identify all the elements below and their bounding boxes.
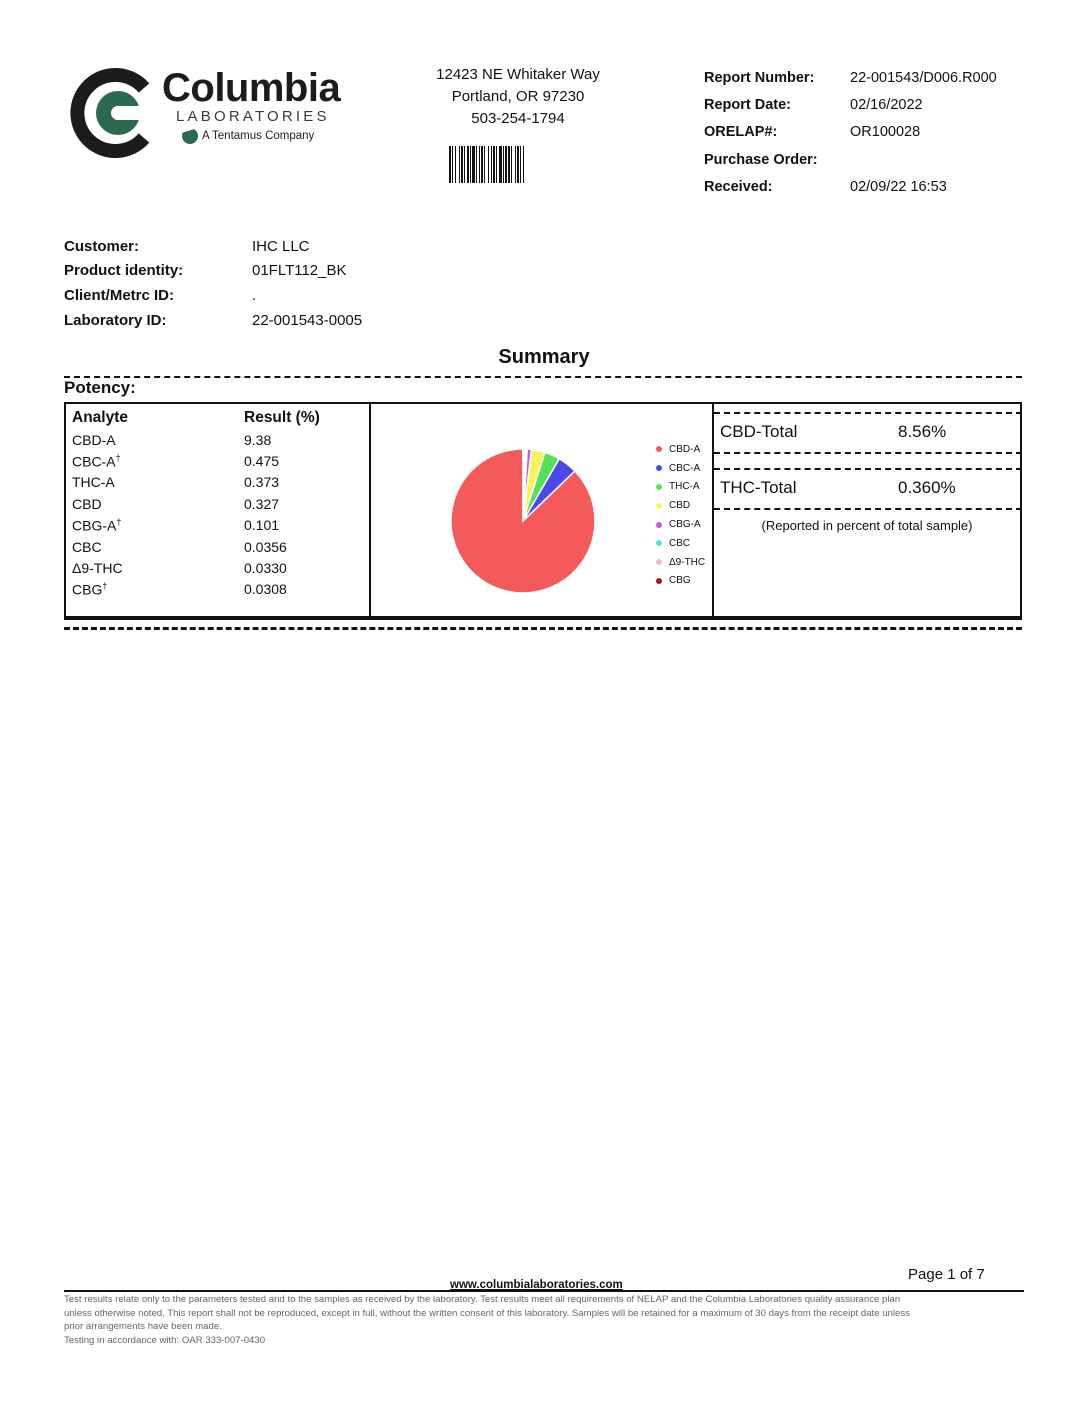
- table-row: CBD0.327: [72, 493, 362, 514]
- chart-legend: CBD-ACBC-ATHC-ACBDCBG-ACBCΔ9-THCCBG: [656, 440, 705, 590]
- legend-label: CBD-A: [669, 444, 700, 455]
- customer-label: Product identity:: [64, 262, 252, 279]
- analyte-name: CBD-A: [72, 432, 244, 448]
- meta-label: Received:: [704, 179, 850, 195]
- meta-row: Purchase Order:: [704, 146, 1034, 173]
- lab-tagline: A Tentamus Company: [182, 128, 314, 144]
- cbd-total-row: CBD-Total 8.56%: [720, 422, 1020, 442]
- summary-title: Summary: [0, 346, 1088, 369]
- legend-item: CBC: [656, 534, 705, 553]
- tentamus-icon: [182, 128, 198, 144]
- legend-item: CBC-A: [656, 459, 705, 478]
- customer-value: 22-001543-0005: [252, 312, 362, 329]
- legend-dot-icon: [656, 578, 662, 584]
- header-analyte: Analyte: [72, 409, 244, 427]
- legend-item: THC-A: [656, 478, 705, 497]
- address-line-2: Portland, OR 97230: [420, 86, 616, 108]
- disclaimer-line: unless otherwise noted. This report shal…: [64, 1307, 1024, 1321]
- legend-dot-icon: [656, 446, 662, 452]
- meta-row: Report Date:02/16/2022: [704, 91, 1034, 118]
- disclaimer-line: prior arrangements have been made.: [64, 1320, 1024, 1334]
- analyte-name: CBG-A†: [72, 517, 244, 534]
- customer-row: Customer:IHC LLC: [64, 234, 464, 259]
- cbd-total-value: 8.56%: [898, 422, 946, 442]
- legend-item: CBG-A: [656, 515, 705, 534]
- thc-total-value: 0.360%: [898, 478, 956, 498]
- analyte-name: THC-A: [72, 474, 244, 490]
- legend-item: Δ9-THC: [656, 553, 705, 572]
- legend-label: CBD: [669, 500, 690, 511]
- legend-label: CBC: [669, 538, 690, 549]
- legend-dot-icon: [656, 503, 662, 509]
- meta-label: Report Date:: [704, 97, 850, 113]
- table-row: CBD-A9.38: [72, 429, 362, 450]
- analyte-result: 0.327: [244, 496, 279, 512]
- thc-total-row: THC-Total 0.360%: [720, 478, 1020, 498]
- disclaimer-line: Test results relate only to the paramete…: [64, 1293, 1024, 1307]
- meta-row: Received:02/09/22 16:53: [704, 173, 1034, 200]
- potency-pie-chart: CBD-ACBC-ATHC-ACBDCBG-ACBCΔ9-THCCBG: [370, 404, 712, 616]
- potency-table: Analyte Result (%) CBD-A9.38CBC-A†0.475T…: [72, 407, 362, 600]
- table-header: Analyte Result (%): [72, 407, 362, 429]
- analyte-name: CBG†: [72, 581, 244, 598]
- analyte-result: 0.0330: [244, 560, 287, 576]
- legend-dot-icon: [656, 465, 662, 471]
- cbd-total-label: CBD-Total: [720, 422, 898, 442]
- analyte-result: 9.38: [244, 432, 271, 448]
- barcode: [449, 146, 569, 183]
- potency-box-bottom-rule: [64, 618, 1022, 620]
- customer-label: Laboratory ID:: [64, 312, 252, 329]
- barcode-bar: [524, 146, 525, 183]
- table-row: CBG†0.0308: [72, 579, 362, 600]
- legend-dot-icon: [656, 540, 662, 546]
- columbia-logo-icon: [66, 66, 160, 160]
- legend-label: CBC-A: [669, 463, 700, 474]
- customer-row: Client/Metrc ID:.: [64, 283, 464, 308]
- analyte-result: 0.101: [244, 517, 279, 533]
- disclaimer-line: Testing in accordance with: OAR 333-007-…: [64, 1334, 1024, 1348]
- lab-subtitle: LABORATORIES: [176, 108, 330, 126]
- table-row: Δ9-THC0.0330: [72, 557, 362, 578]
- meta-label: Purchase Order:: [704, 152, 850, 168]
- customer-value: .: [252, 287, 256, 304]
- analyte-result: 0.475: [244, 453, 279, 469]
- customer-label: Client/Metrc ID:: [64, 287, 252, 304]
- totals-divider: [714, 468, 1022, 470]
- customer-value: IHC LLC: [252, 238, 310, 255]
- legend-item: CBD-A: [656, 440, 705, 459]
- customer-info: Customer:IHC LLCProduct identity:01FLT11…: [64, 234, 464, 332]
- analyte-result: 0.0356: [244, 539, 287, 555]
- dagger-mark: †: [116, 517, 121, 527]
- lab-logo: Columbia LABORATORIES A Tentamus Company: [66, 66, 356, 160]
- footer-disclaimer: Test results relate only to the paramete…: [64, 1293, 1024, 1347]
- meta-value: 02/16/2022: [850, 97, 923, 113]
- legend-dot-icon: [656, 522, 662, 528]
- totals-note: (Reported in percent of total sample): [714, 518, 1020, 533]
- analyte-name: CBD: [72, 496, 244, 512]
- potency-box: Analyte Result (%) CBD-A9.38CBC-A†0.475T…: [64, 402, 1022, 618]
- summary-divider: [64, 376, 1022, 378]
- customer-value: 01FLT112_BK: [252, 262, 347, 279]
- analyte-result: 0.0308: [244, 581, 287, 597]
- legend-dot-icon: [656, 559, 662, 565]
- lab-name: Columbia: [162, 66, 340, 110]
- lab-address: 12423 NE Whitaker Way Portland, OR 97230…: [420, 64, 616, 130]
- thc-total-label: THC-Total: [720, 478, 898, 498]
- potency-end-divider: [64, 627, 1022, 630]
- customer-row: Laboratory ID:22-001543-0005: [64, 308, 464, 333]
- analyte-name: CBC-A†: [72, 453, 244, 470]
- potency-label: Potency:: [64, 378, 136, 398]
- legend-item: CBG: [656, 572, 705, 591]
- analyte-name: Δ9-THC: [72, 560, 244, 576]
- legend-label: CBG: [669, 575, 691, 586]
- footer-rule: [64, 1290, 1024, 1292]
- lab-tagline-text: A Tentamus Company: [202, 128, 314, 144]
- meta-label: Report Number:: [704, 70, 850, 86]
- table-body: CBD-A9.38CBC-A†0.475THC-A0.373CBD0.327CB…: [72, 429, 362, 600]
- legend-label: THC-A: [669, 481, 700, 492]
- table-row: THC-A0.373: [72, 472, 362, 493]
- totals-panel: CBD-Total 8.56% THC-Total 0.360% (Report…: [714, 404, 1020, 616]
- lab-phone: 503-254-1794: [420, 108, 616, 130]
- totals-divider: [714, 508, 1022, 510]
- meta-value: OR100028: [850, 124, 920, 140]
- customer-row: Product identity:01FLT112_BK: [64, 259, 464, 284]
- table-row: CBC0.0356: [72, 536, 362, 557]
- pie-chart: [438, 436, 608, 606]
- table-row: CBG-A†0.101: [72, 515, 362, 536]
- meta-label: ORELAP#:: [704, 124, 850, 140]
- meta-row: ORELAP#:OR100028: [704, 119, 1034, 146]
- legend-label: Δ9-THC: [669, 557, 705, 568]
- dagger-mark: †: [102, 581, 107, 591]
- totals-divider: [714, 452, 1022, 454]
- legend-label: CBG-A: [669, 519, 701, 530]
- meta-row: Report Number:22-001543/D006.R000: [704, 64, 1034, 91]
- legend-item: CBD: [656, 496, 705, 515]
- page-number: Page 1 of 7: [908, 1266, 985, 1283]
- header-result: Result (%): [244, 409, 320, 427]
- report-meta: Report Number:22-001543/D006.R000Report …: [704, 64, 1034, 200]
- analyte-name: CBC: [72, 539, 244, 555]
- meta-value: 02/09/22 16:53: [850, 179, 947, 195]
- totals-divider: [714, 412, 1022, 414]
- analyte-result: 0.373: [244, 474, 279, 490]
- meta-value: 22-001543/D006.R000: [850, 70, 997, 86]
- address-line-1: 12423 NE Whitaker Way: [420, 64, 616, 86]
- table-row: CBC-A†0.475: [72, 450, 362, 471]
- customer-label: Customer:: [64, 238, 252, 255]
- legend-dot-icon: [656, 484, 662, 490]
- dagger-mark: †: [116, 453, 121, 463]
